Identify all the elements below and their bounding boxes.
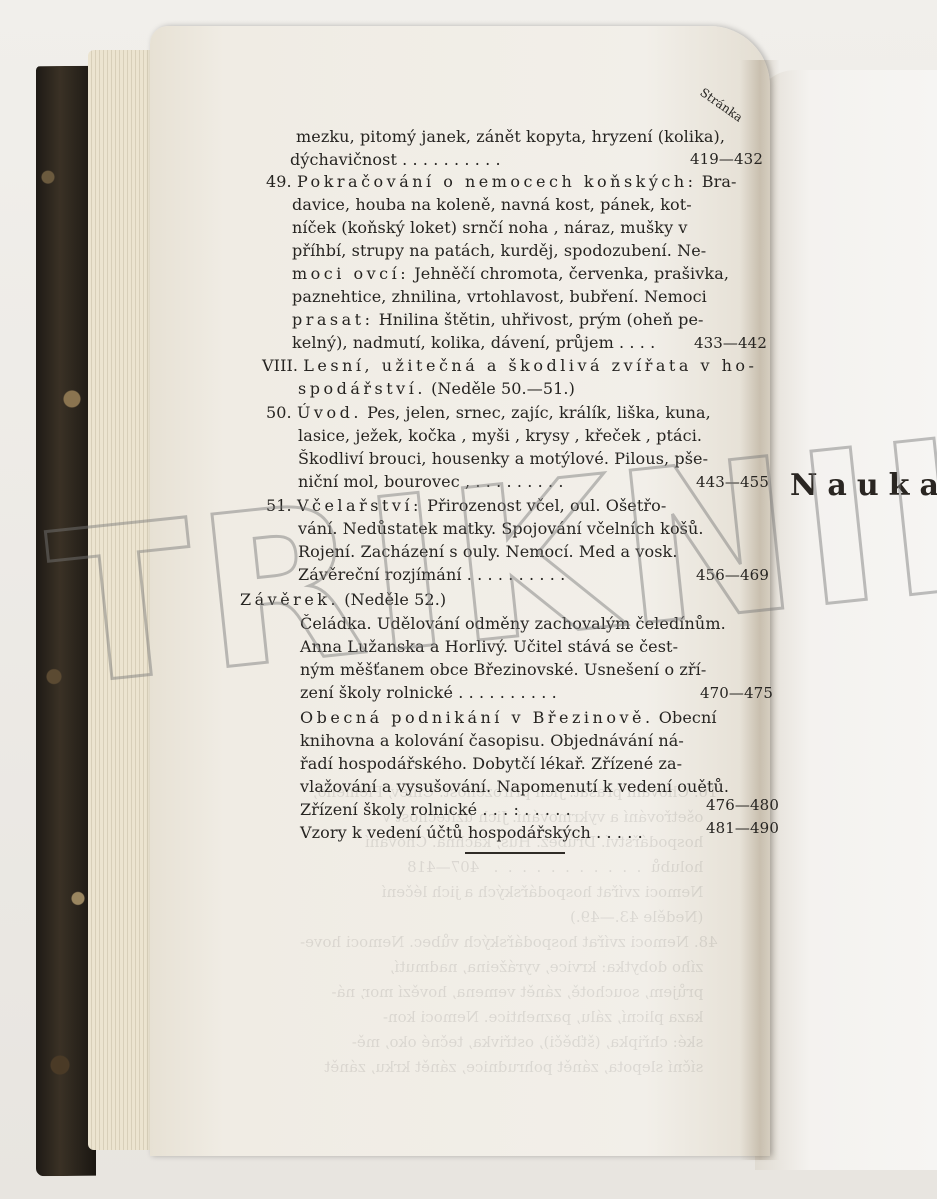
toc-line: spodářství. (Neděle 50.—51.) <box>298 379 575 398</box>
toc-line: davice, houba na koleně, navná kost, pán… <box>292 195 692 214</box>
toc-line: vlažování a vysušování. Napomenutí k ved… <box>300 777 729 796</box>
entry-heading: Úvod. <box>297 403 362 422</box>
page-range: 419—432 <box>690 150 763 168</box>
toc-line: moci ovcí: Jehněčí chromota, červenka, p… <box>292 264 729 283</box>
toc-text: Hnilina štětin, uhřivost, prým (oheň pe- <box>379 310 704 329</box>
section-number: VIII. <box>262 356 298 375</box>
toc-line: paznehtice, zhnilina, vrtohlavost, bubře… <box>292 287 707 306</box>
toc-text: paznehtice, zhnilina, vrtohlavost, bubře… <box>292 287 707 306</box>
toc-text: Jehněčí chromota, červenka, prašivka, <box>414 264 729 283</box>
entry-heading: Obecná podnikání v Březinově. <box>300 708 654 727</box>
toc-text: dýchavičnost . . . . . . . . . . <box>290 150 501 169</box>
entry-heading: moci ovcí: <box>292 264 409 283</box>
toc-text: Obecní <box>659 708 717 727</box>
toc-text: knihovna a kolování časopisu. Objednáván… <box>300 731 684 750</box>
toc-text: davice, houba na koleně, navná kost, pán… <box>292 195 692 214</box>
toc-text: řadí hospodářského. Dobytčí lékař. Zříze… <box>300 754 682 773</box>
page-range: 470—475 <box>700 684 773 702</box>
toc-line: Obecná podnikání v Březinově. Obecní <box>300 708 717 727</box>
toc-line: příhbí, strupy na patách, kurděj, spodoz… <box>292 241 706 260</box>
entry-heading: spodářství. <box>298 379 426 398</box>
toc-line: 49. Pokračování o nemocech koňských: Bra… <box>266 172 737 191</box>
toc-line: 50. Úvod. Pes, jelen, srnec, zajíc, král… <box>266 403 711 422</box>
toc-line: knihovna a kolování časopisu. Objednáván… <box>300 731 684 750</box>
toc-line: řadí hospodářského. Dobytčí lékař. Zříze… <box>300 754 682 773</box>
toc-line: Zřízení školy rolnické . . . : . . . . . <box>300 800 571 819</box>
page-range: 433—442 <box>694 334 767 352</box>
toc-text: mezku, pitomý janek, zánět kopyta, hryze… <box>296 127 725 146</box>
toc-text: Zřízení školy rolnické . . . : . . . . . <box>300 800 571 819</box>
toc-line: dýchavičnost . . . . . . . . . . <box>290 150 501 169</box>
toc-line: mezku, pitomý janek, zánět kopyta, hryze… <box>296 127 725 146</box>
toc-text: Pes, jelen, srnec, zajíc, králík, liška,… <box>367 403 711 422</box>
entry-heading: prasat: <box>292 310 374 329</box>
toc-line: prasat: Hnilina štětin, uhřivost, prým (… <box>292 310 704 329</box>
entry-heading: Pokračování o nemocech koňských: <box>297 172 697 191</box>
page-range: 481—490 <box>706 819 779 837</box>
toc-line: kelný), nadmutí, kolika, dávení, průjem … <box>292 333 655 352</box>
toc-text: Vzory k vedení účtů hospodářských . . . … <box>300 823 643 842</box>
entry-number: 50. <box>266 403 292 422</box>
page-range: 476—480 <box>706 796 779 814</box>
toc-line: níček (koňský loket) srnčí noha , náraz,… <box>292 218 688 237</box>
toc-text: příhbí, strupy na patách, kurděj, spodoz… <box>292 241 706 260</box>
entry-number: 49. <box>266 172 292 191</box>
toc-text: Bra- <box>702 172 737 191</box>
toc-text: vlažování a vysušování. Napomenutí k ved… <box>300 777 729 796</box>
toc-text: (Neděle 50.—51.) <box>431 379 575 398</box>
toc-line: Vzory k vedení účtů hospodářských . . . … <box>300 823 643 842</box>
end-rule-divider <box>465 852 565 854</box>
toc-line: VIII. Lesní, užitečná a škodlivá zvířata… <box>262 356 757 375</box>
section-heading: Lesní, užitečná a škodlivá zvířata v ho- <box>303 356 757 375</box>
toc-text: kelný), nadmutí, kolika, dávení, průjem … <box>292 333 655 352</box>
toc-text: níček (koňský loket) srnčí noha , náraz,… <box>292 218 688 237</box>
